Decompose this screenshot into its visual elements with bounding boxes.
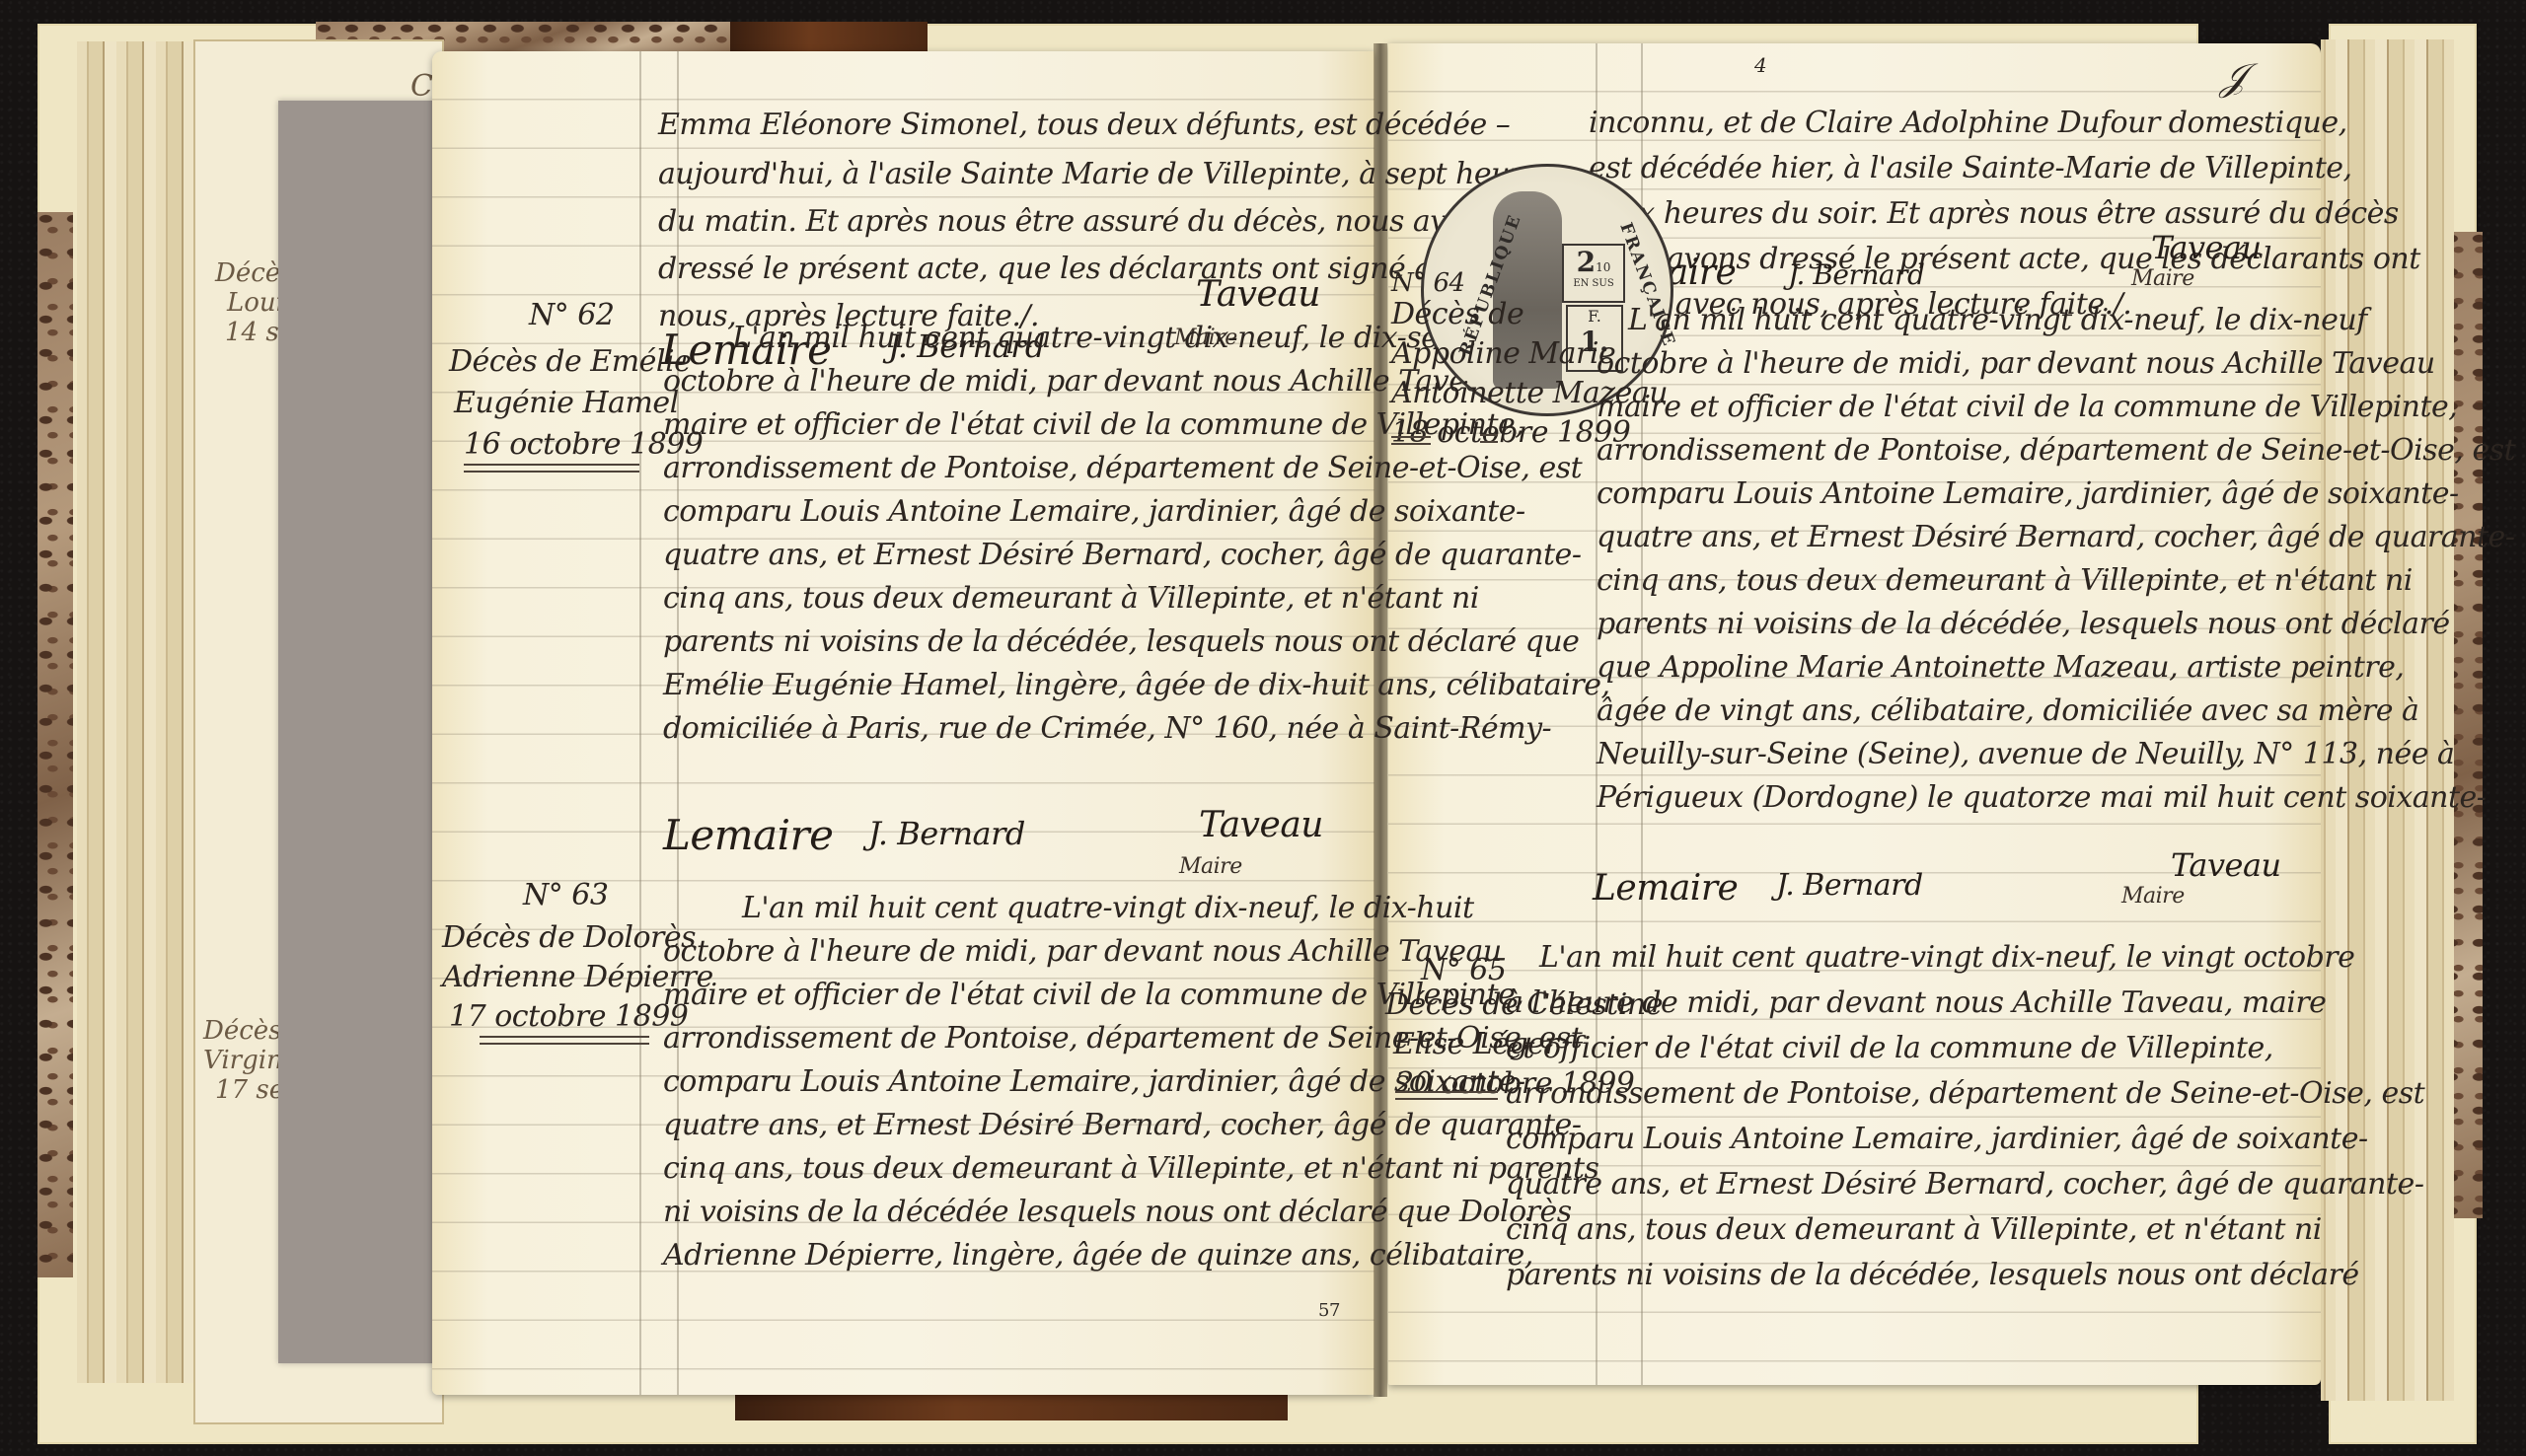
continuation-line: aujourd'hui, à l'asile Sainte Marie de V…	[658, 150, 1555, 199]
entry-line: arrondissement de Pontoise, département …	[1506, 1069, 2424, 1119]
top-right-mark: 4	[1754, 53, 1766, 77]
entry-line: Adrienne Dépierre, lingère, âgée de quin…	[663, 1231, 1533, 1280]
binding-spine-top	[730, 22, 928, 51]
signature-bernard: J. Bernard	[868, 815, 1025, 852]
entry-margin-date: 18 octobre 1899	[1391, 414, 1630, 452]
entry-number: N° 65	[1421, 953, 1506, 987]
stamp-value-box: 210 EN SUS	[1562, 244, 1625, 303]
entry-separator	[1395, 1091, 1498, 1100]
signature-mayor: Taveau	[2151, 229, 2262, 266]
entry-line: parents ni voisins de la décédée, lesque…	[1597, 600, 2450, 649]
entry-line: L'an mil huit cent quatre-vingt dix-neuf…	[1539, 933, 2354, 983]
entry-line: comparu Louis Antoine Lemaire, jardinier…	[1506, 1115, 2368, 1164]
entry-separator	[1480, 434, 1498, 443]
entry-margin-title: Décès de Emélie	[449, 343, 691, 381]
entry-line: comparu Louis Antoine Lemaire, jardinier…	[663, 487, 1525, 537]
entry-line: maire et officier de l'état civil de la …	[1597, 383, 2457, 432]
entry-line: octobre à l'heure de midi, par devant no…	[663, 927, 1502, 977]
entry-margin-name: Appoline Marie	[1391, 335, 1615, 373]
margin-rule	[639, 51, 641, 1395]
entry-separator	[480, 1036, 649, 1045]
entry-line: octobre à l'heure de midi, par devant no…	[1597, 339, 2435, 389]
stamp-en-sus: EN SUS	[1564, 278, 1623, 289]
mayor-title: Maire	[1179, 854, 1242, 879]
signature-lemaire: Lemaire	[663, 811, 833, 859]
entry-line: âgée de vingt ans, célibataire, domicili…	[1597, 687, 2418, 736]
entry-number: N° 64	[1391, 268, 1465, 298]
entry-line: cinq ans, tous deux demeurant à Villepin…	[1506, 1205, 2322, 1255]
entry-line: quatre ans, et Ernest Désiré Bernard, co…	[1597, 513, 2514, 562]
continuation-line: du matin. Et après nous être assuré du d…	[658, 197, 1497, 247]
stamp-f-label: F.	[1568, 307, 1621, 326]
initials-flourish: 𝒥	[2220, 55, 2246, 100]
entry-line: arrondissement de Pontoise, département …	[1597, 426, 2515, 475]
entry-line: cinq ans, tous deux demeurant à Villepin…	[663, 1144, 1598, 1194]
continuation-line: à six heures du soir. Et après nous être…	[1589, 189, 2399, 239]
signature-bernard: J. Bernard	[1776, 868, 1923, 903]
entry-line: quatre ans, et Ernest Désiré Bernard, co…	[663, 1101, 1581, 1150]
entry-separator	[464, 464, 639, 473]
entry-line: quatre ans, et Ernest Désiré Bernard, co…	[1506, 1160, 2423, 1209]
entry-margin-title: Décès de	[1391, 296, 1523, 333]
entry-line: Périgueux (Dordogne) le quatorze mai mil…	[1597, 773, 2486, 823]
entry-margin-name: Eugénie Hamel	[454, 385, 679, 422]
stamp-value-frac: 10	[1596, 260, 1610, 274]
grey-insert-sheet	[278, 101, 434, 1363]
entry-line: et officier de l'état civil de la commun…	[1506, 1024, 2273, 1073]
entry-margin-date: 17 octobre 1899	[449, 998, 688, 1036]
signature-bernard: J. Bernard	[1788, 258, 1924, 291]
page-number: 57	[1318, 1300, 1340, 1321]
continuation-line: Emma Eléonore Simonel, tous deux défunts…	[658, 101, 1510, 150]
marbled-cover-left	[37, 212, 73, 1277]
signature-mayor: Taveau	[1196, 274, 1320, 315]
signature-mayor: Taveau	[2171, 846, 2281, 884]
entry-line: ni voisins de la décédée lesquels nous o…	[663, 1188, 1572, 1237]
entry-line: cinq ans, tous deux demeurant à Villepin…	[663, 574, 1479, 623]
continuation-line: dressé le présent acte, que les déclaran…	[658, 245, 1481, 294]
entry-line: L'an mil huit cent quatre-vingt dix-neuf…	[732, 314, 1468, 363]
entry-line: parents ni voisins de la décédée, lesque…	[1506, 1251, 2359, 1300]
mayor-title: Maire	[2131, 266, 2194, 291]
entry-number: N° 62	[529, 298, 614, 332]
entry-line: Neuilly-sur-Seine (Seine), avenue de Neu…	[1597, 730, 2454, 779]
entry-line: à l'heure de midi, par devant nous Achil…	[1506, 979, 2326, 1028]
entry-line: octobre à l'heure de midi, par devant no…	[663, 357, 1511, 406]
entry-line: comparu Louis Antoine Lemaire, jardinier…	[1597, 470, 2459, 519]
signature-lemaire: Lemaire	[1593, 868, 1738, 909]
entry-line: L'an mil huit cent quatre-vingt dix-neuf…	[1628, 296, 2367, 345]
left-leaf-stack	[77, 41, 207, 1383]
entry-number: N° 63	[523, 878, 608, 912]
entry-margin-title: Décès de Dolorès	[442, 919, 696, 957]
signature-mayor: Taveau	[1199, 805, 1323, 845]
entry-separator	[1391, 436, 1431, 445]
continuation-line: est décédée hier, à l'asile Sainte-Marie…	[1589, 144, 2352, 193]
entry-line: quatre ans, et Ernest Désiré Bernard, co…	[663, 531, 1581, 580]
stamp-value-top: 2	[1577, 246, 1596, 278]
entry-line: L'an mil huit cent quatre-vingt dix-neuf…	[742, 884, 1474, 933]
entry-line: que Appoline Marie Antoinette Mazeau, ar…	[1597, 643, 2404, 692]
entry-line: cinq ans, tous deux demeurant à Villepin…	[1597, 556, 2413, 606]
continuation-line: inconnu, et de Claire Adolphine Dufour d…	[1589, 99, 2347, 148]
mayor-title: Maire	[2121, 884, 2185, 909]
